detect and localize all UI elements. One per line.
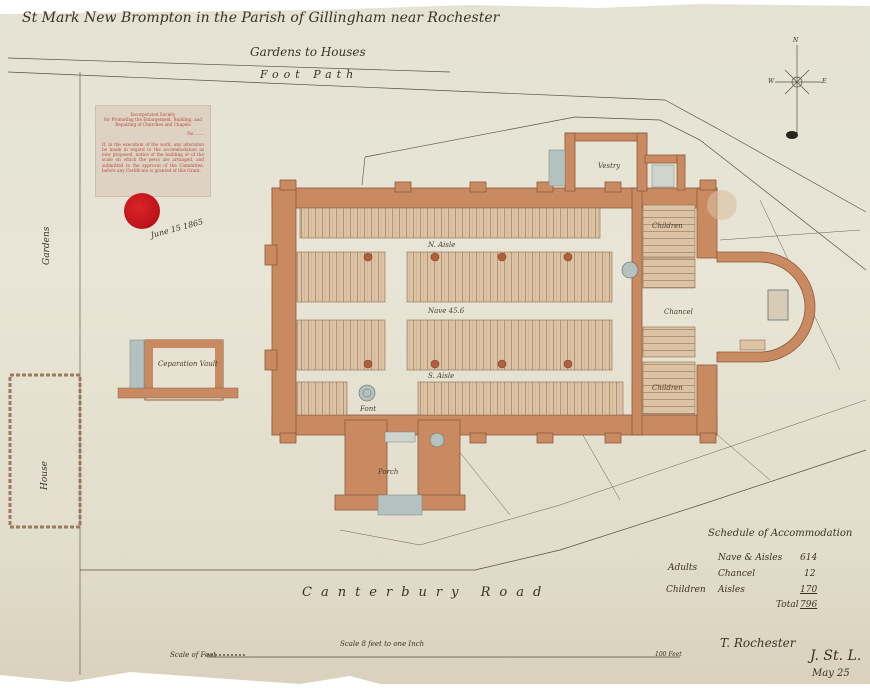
- gardens-label: Gardens: [42, 227, 52, 265]
- schedule-row-label: Chancel: [718, 569, 755, 579]
- bishop-signature: T. Rochester: [720, 636, 796, 650]
- scale-label: Scale of Feet: [170, 651, 216, 659]
- society-notice-card: Incorporated Society for Promoting the E…: [95, 105, 211, 197]
- schedule-row-value: 614: [800, 553, 817, 563]
- chancel-label: Chancel: [664, 308, 693, 316]
- nave-label: Nave 45.6: [428, 307, 464, 315]
- schedule-row-value: 12: [804, 569, 815, 579]
- notice-number: No. ......: [102, 131, 204, 136]
- vault-label: Ceparation Vault: [158, 360, 218, 368]
- schedule-row-label: Nave & Aisles: [718, 553, 782, 563]
- compass-north: N: [793, 37, 798, 44]
- porch-label: Porch: [378, 468, 398, 476]
- plan-sheet: St Mark New Brompton in the Parish of Gi…: [0, 0, 870, 688]
- document-subtitle: Gardens to Houses: [250, 45, 366, 59]
- south-aisle-label: S. Aisle: [428, 372, 454, 380]
- schedule-group-adults: Adults: [668, 563, 697, 573]
- right-signature-date: May 25: [812, 668, 850, 679]
- schedule-row-label: Aisles: [718, 585, 745, 595]
- foot-path-label: Foot Path: [260, 68, 358, 81]
- schedule-total-label: Total: [776, 600, 799, 610]
- compass-west: W: [768, 78, 774, 85]
- scale-title: Scale 8 feet to one Inch: [340, 640, 424, 648]
- document-title: St Mark New Brompton in the Parish of Gi…: [22, 10, 499, 26]
- children-north-label: Children: [652, 222, 683, 230]
- compass-east: E: [822, 78, 826, 85]
- notice-heading-3: Repairing of Churches and Chapels: [102, 122, 204, 127]
- right-signature: J. St. L.: [810, 648, 861, 664]
- north-aisle-label: N. Aisle: [428, 241, 455, 249]
- scale-end-label: 100 Feet: [655, 651, 682, 658]
- vestry-label: Vestry: [598, 162, 620, 170]
- schedule-row-value: 170: [800, 585, 817, 595]
- schedule-title: Schedule of Accommodation: [708, 528, 852, 539]
- house-label: House: [40, 461, 50, 490]
- road-label: Canterbury Road: [302, 585, 550, 600]
- schedule-total-value: 796: [800, 600, 817, 610]
- schedule-group-children: Children: [666, 585, 706, 595]
- notice-body: If, in the execution of the work, any al…: [102, 142, 204, 173]
- children-south-label: Children: [652, 384, 683, 392]
- wax-seal: [124, 193, 160, 229]
- font-label: Font: [360, 405, 376, 413]
